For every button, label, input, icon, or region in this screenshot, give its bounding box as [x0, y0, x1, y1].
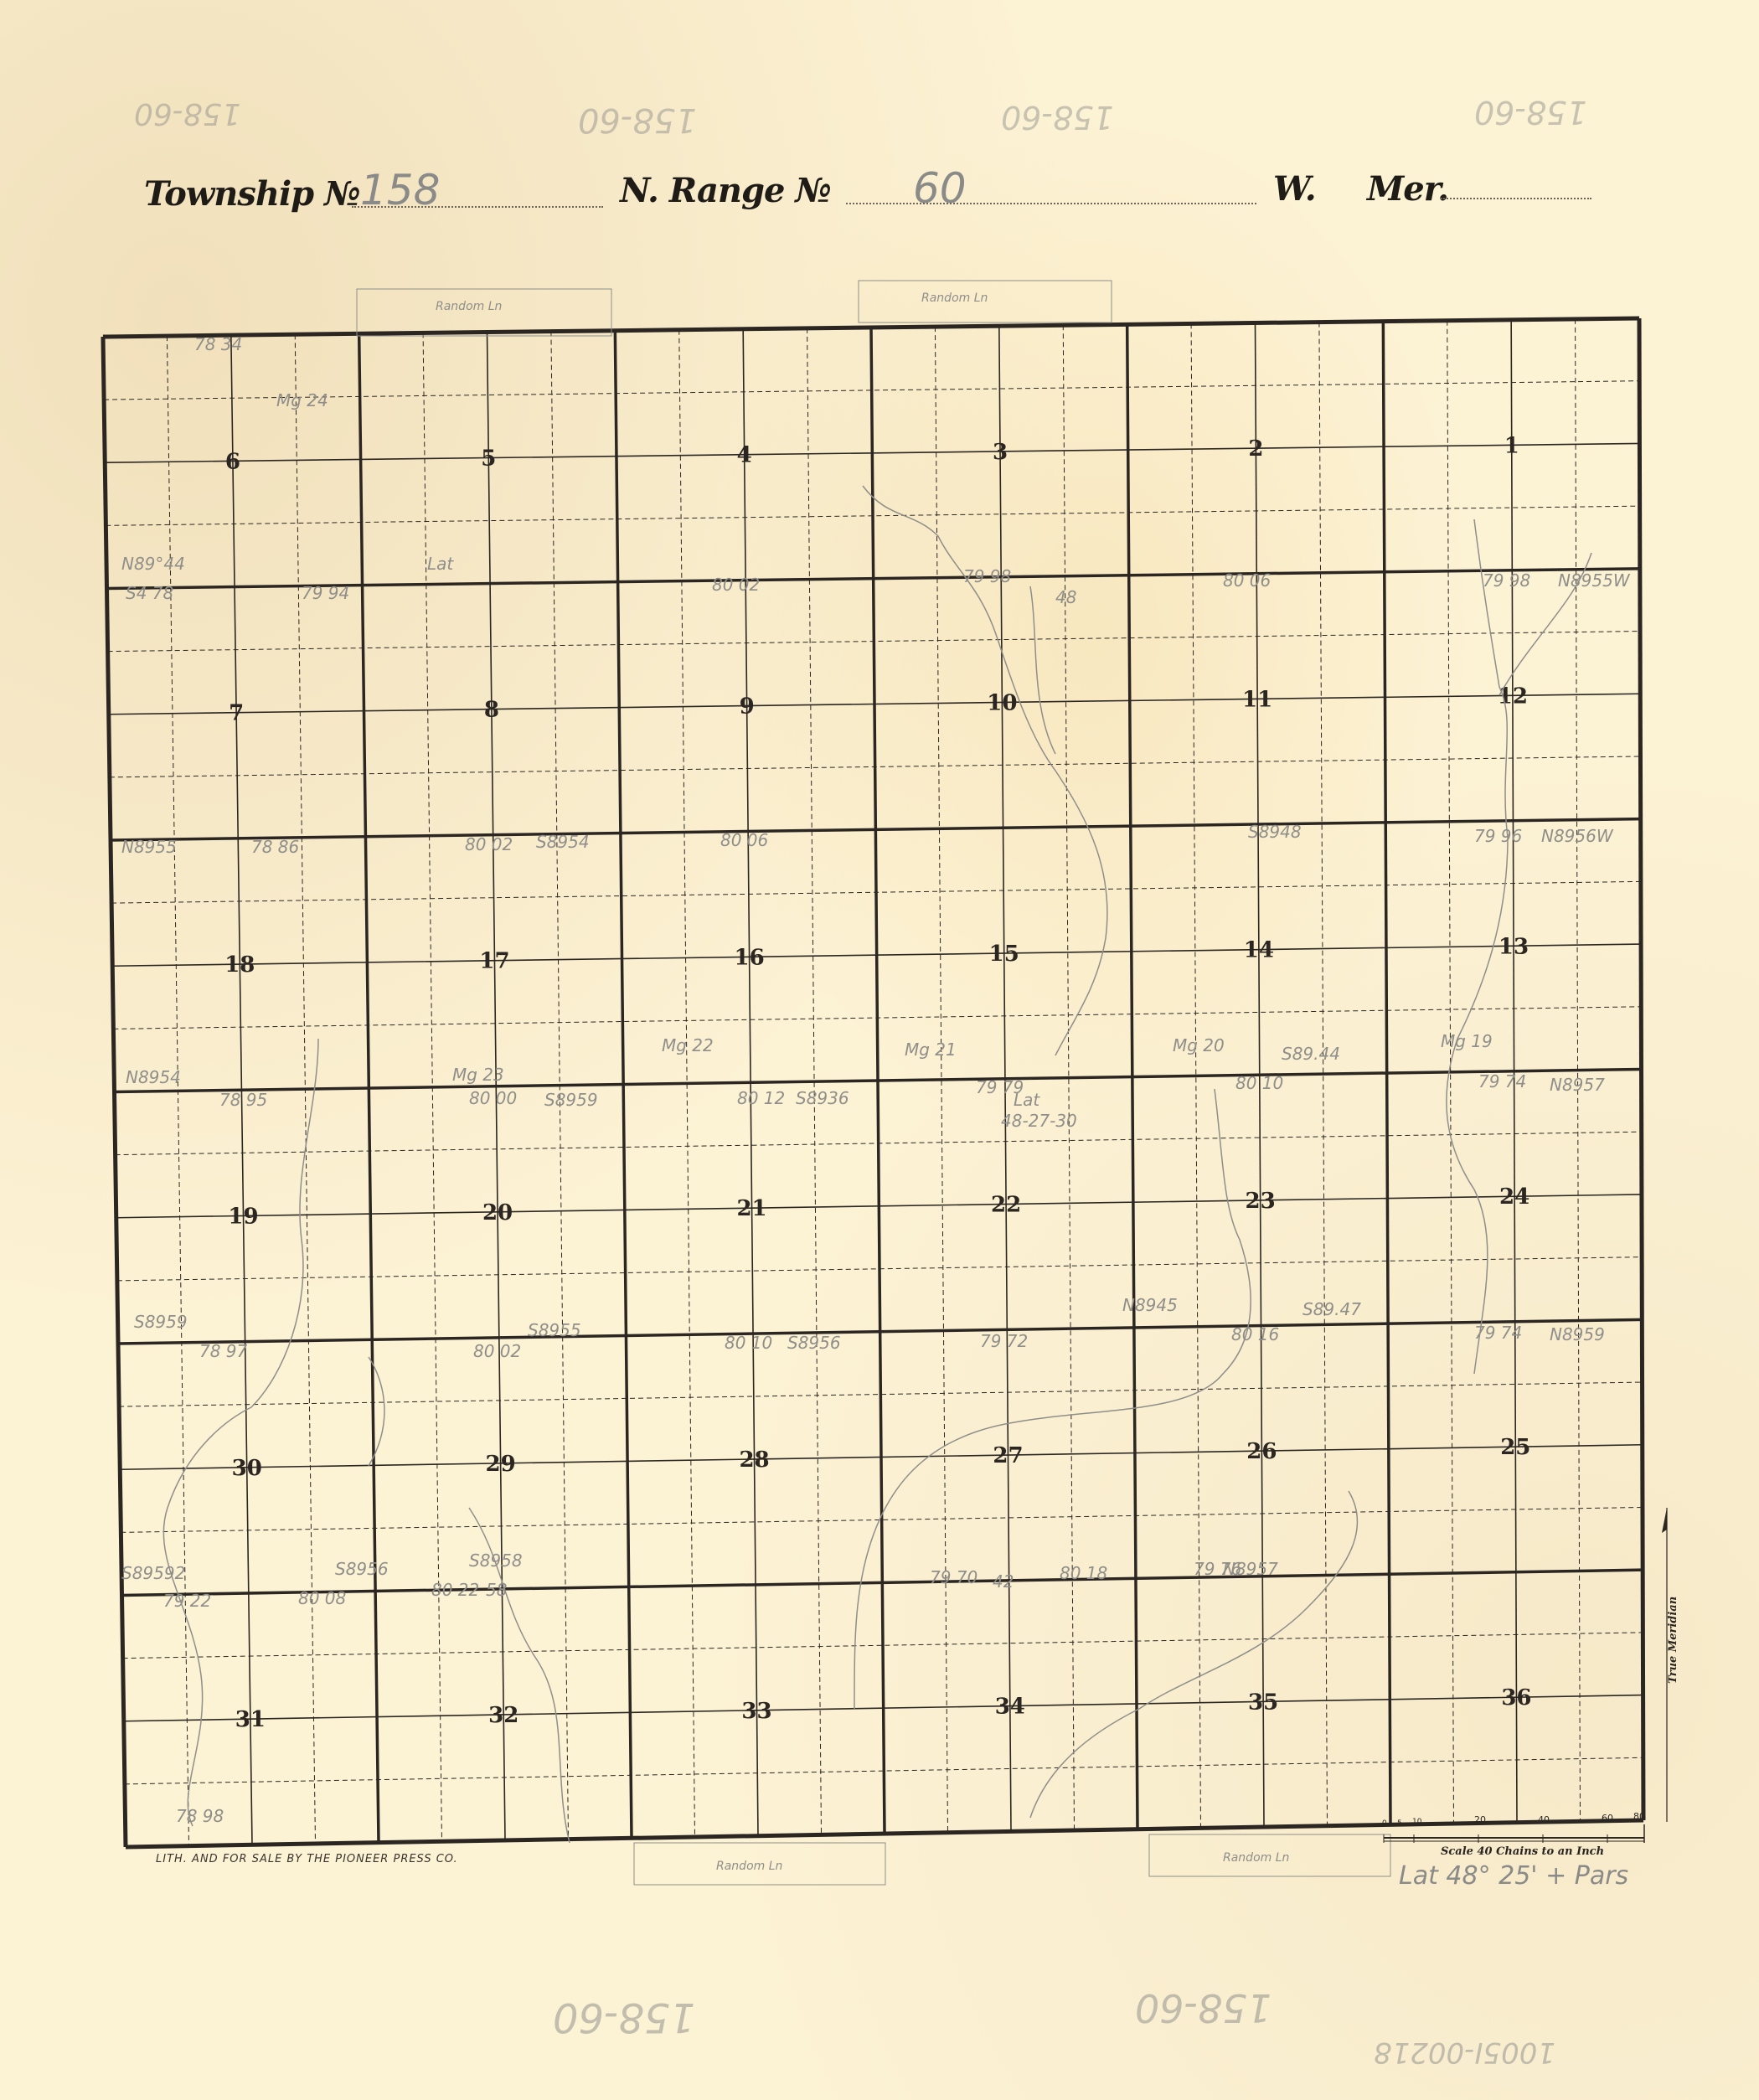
- pencil-annotation: 80 06: [1223, 570, 1271, 591]
- pencil-annotation: Random Ln: [436, 300, 502, 313]
- section-number: 7: [229, 701, 244, 726]
- section-number: 18: [224, 952, 255, 978]
- pencil-annotation: 48: [1055, 587, 1076, 607]
- section-number: 19: [228, 1204, 258, 1229]
- pencil-annotation: 80 16: [1231, 1324, 1279, 1344]
- latitude-note: Lat 48° 25' + Pars: [1399, 1861, 1628, 1891]
- section-number: 6: [225, 449, 240, 474]
- pencil-annotation: 78 95: [219, 1090, 267, 1110]
- pencil-annotation: N8957: [1223, 1559, 1278, 1579]
- pencil-stream: [1030, 586, 1055, 754]
- pencil-annotation: S4 78: [126, 583, 173, 603]
- section-number: 21: [736, 1196, 766, 1221]
- bottom-pencil-note: 158-60: [553, 1994, 695, 2041]
- pencil-annotation: 79 72: [980, 1331, 1028, 1351]
- section-number: 31: [235, 1707, 266, 1732]
- pencil-annotation: 42: [993, 1571, 1014, 1592]
- bottom-pencil-note: 158-60: [1135, 1985, 1272, 2030]
- pencil-annotation: S89.44: [1282, 1044, 1340, 1064]
- section-number: 23: [1246, 1189, 1276, 1214]
- pencil-annotation: 79 74: [1474, 1323, 1522, 1343]
- section-number: 30: [232, 1456, 262, 1481]
- section-number: 8: [484, 698, 499, 723]
- section-number: 24: [1499, 1184, 1529, 1210]
- pencil-annotation: Random Ln: [716, 1860, 782, 1873]
- pencil-annotation: 79 96: [1474, 826, 1522, 846]
- pencil-annotation: Mg 21: [905, 1040, 957, 1060]
- pencil-annotation: 78 34: [194, 334, 242, 354]
- pencil-annotation: 80 08: [298, 1588, 346, 1608]
- section-number: 12: [1498, 684, 1528, 709]
- pencil-stream: [369, 1357, 384, 1466]
- scale-tick-0: 0: [1382, 1819, 1387, 1828]
- pencil-annotation: N8956W: [1541, 826, 1614, 846]
- scale-tick-40: 40: [1538, 1814, 1550, 1825]
- section-number: 27: [993, 1443, 1023, 1468]
- pencil-annotation: 80 10: [725, 1333, 772, 1353]
- pencil-annotation: S89592: [121, 1563, 185, 1583]
- section-number: 35: [1248, 1690, 1278, 1715]
- township-grid: 6543217891011121817161514131920212223243…: [0, 0, 1759, 2100]
- pencil-annotation: Mg 24: [276, 390, 328, 410]
- catalog-number: 1005I-00218: [1374, 2036, 1555, 2069]
- pencil-annotation: S8955: [528, 1320, 581, 1340]
- pencil-annotation: Lat: [427, 554, 454, 574]
- pencil-annotation: S8948: [1248, 822, 1302, 842]
- pencil-annotation: Mg 23: [452, 1065, 504, 1085]
- pencil-stream: [1030, 1491, 1357, 1818]
- printer-label: LITH. AND FOR SALE BY THE PIONEER PRESS …: [156, 1853, 458, 1865]
- pencil-annotation: 79 98: [1483, 570, 1530, 591]
- pencil-annotation: N8955W: [1558, 570, 1631, 591]
- pencil-stream: [854, 1089, 1251, 1709]
- pencil-annotation: 78 98: [176, 1806, 224, 1826]
- pencil-annotation: N89°44: [121, 554, 185, 574]
- section-number: 16: [735, 945, 765, 970]
- scale-tick-10: 10: [1412, 1818, 1421, 1826]
- pencil-annotation: 80 18: [1060, 1563, 1107, 1583]
- pencil-annotation: N8945: [1122, 1295, 1178, 1315]
- pencil-annotation: S8959: [544, 1090, 598, 1110]
- section-number: 33: [741, 1699, 771, 1724]
- section-number: 22: [991, 1193, 1021, 1218]
- pencil-annotation: 80 06: [720, 830, 768, 850]
- section-number: 5: [481, 446, 496, 472]
- pencil-annotation: Mg 22: [662, 1035, 714, 1055]
- section-number: 10: [987, 690, 1017, 715]
- pencil-annotation: Lat: [1014, 1090, 1040, 1110]
- pencil-annotation: 79 70: [930, 1567, 978, 1587]
- true-meridian-label: True Meridian: [1667, 1597, 1679, 1684]
- pencil-annotation: 79 22: [163, 1591, 211, 1611]
- section-number: 11: [1242, 687, 1272, 712]
- section-number: 28: [739, 1447, 769, 1473]
- pencil-annotation: 79 94: [302, 583, 349, 603]
- pencil-annotation: 78 86: [251, 837, 299, 857]
- scale-tick-5: 5: [1397, 1819, 1402, 1828]
- section-number: 4: [737, 443, 752, 468]
- section-number: 2: [1248, 436, 1263, 462]
- pencil-annotation: 78 97: [199, 1341, 248, 1361]
- section-number: 32: [488, 1703, 518, 1728]
- pencil-annotation: N8955: [121, 837, 177, 857]
- pencil-annotation: S8958: [469, 1550, 523, 1571]
- section-number: 25: [1500, 1435, 1530, 1460]
- pencil-annotation: 48-27-30: [1001, 1111, 1077, 1131]
- scale-tick-80: 80: [1633, 1811, 1645, 1822]
- pencil-annotation: S89.47: [1302, 1299, 1361, 1319]
- pencil-annotation: S8956: [787, 1333, 841, 1353]
- pencil-annotation: 80 02: [712, 575, 760, 595]
- section-number: 26: [1246, 1439, 1277, 1464]
- scale-tick-20: 20: [1474, 1814, 1486, 1825]
- pencil-annotation: S8959: [134, 1312, 188, 1332]
- pencil-annotation: 80 02: [473, 1341, 521, 1361]
- pencil-annotation: 79 74: [1478, 1071, 1526, 1091]
- section-number: 13: [1499, 934, 1529, 959]
- section-number: 1: [1504, 433, 1519, 458]
- section-number: 36: [1501, 1685, 1531, 1710]
- pencil-annotation: Mg 20: [1173, 1035, 1225, 1055]
- section-number: 3: [993, 440, 1008, 465]
- pencil-annotation: 80 22: [431, 1580, 479, 1600]
- section-number: 17: [479, 949, 509, 974]
- pencil-annotation: Random Ln: [921, 292, 988, 305]
- section-number: 34: [995, 1695, 1025, 1720]
- pencil-annotation: Random Ln: [1223, 1851, 1289, 1865]
- section-number: 15: [989, 942, 1019, 967]
- pencil-annotation: 80 00: [469, 1088, 517, 1108]
- pencil-annotation: 80 10: [1235, 1073, 1283, 1093]
- section-number: 20: [482, 1200, 513, 1225]
- pencil-annotation: 80 02: [465, 834, 513, 854]
- pencil-annotation: S8954: [536, 832, 590, 852]
- pencil-annotation: 80 12: [737, 1088, 785, 1108]
- pencil-annotation: S8956: [335, 1559, 389, 1579]
- pencil-annotation: 79 98: [963, 566, 1011, 586]
- pencil-annotation: N8957: [1550, 1075, 1605, 1095]
- section-number: 14: [1244, 938, 1274, 963]
- section-number: 9: [740, 694, 755, 720]
- pencil-annotation: N8954: [126, 1067, 181, 1087]
- pencil-annotation: Mg 19: [1441, 1031, 1493, 1051]
- pencil-annotation: 58: [486, 1580, 507, 1600]
- scale-tick-60: 60: [1602, 1813, 1613, 1824]
- pencil-annotation: N8959: [1550, 1324, 1605, 1344]
- section-number: 29: [486, 1452, 516, 1477]
- scale-caption: Scale 40 Chains to an Inch: [1441, 1845, 1604, 1858]
- pencil-annotation: S8936: [796, 1088, 849, 1108]
